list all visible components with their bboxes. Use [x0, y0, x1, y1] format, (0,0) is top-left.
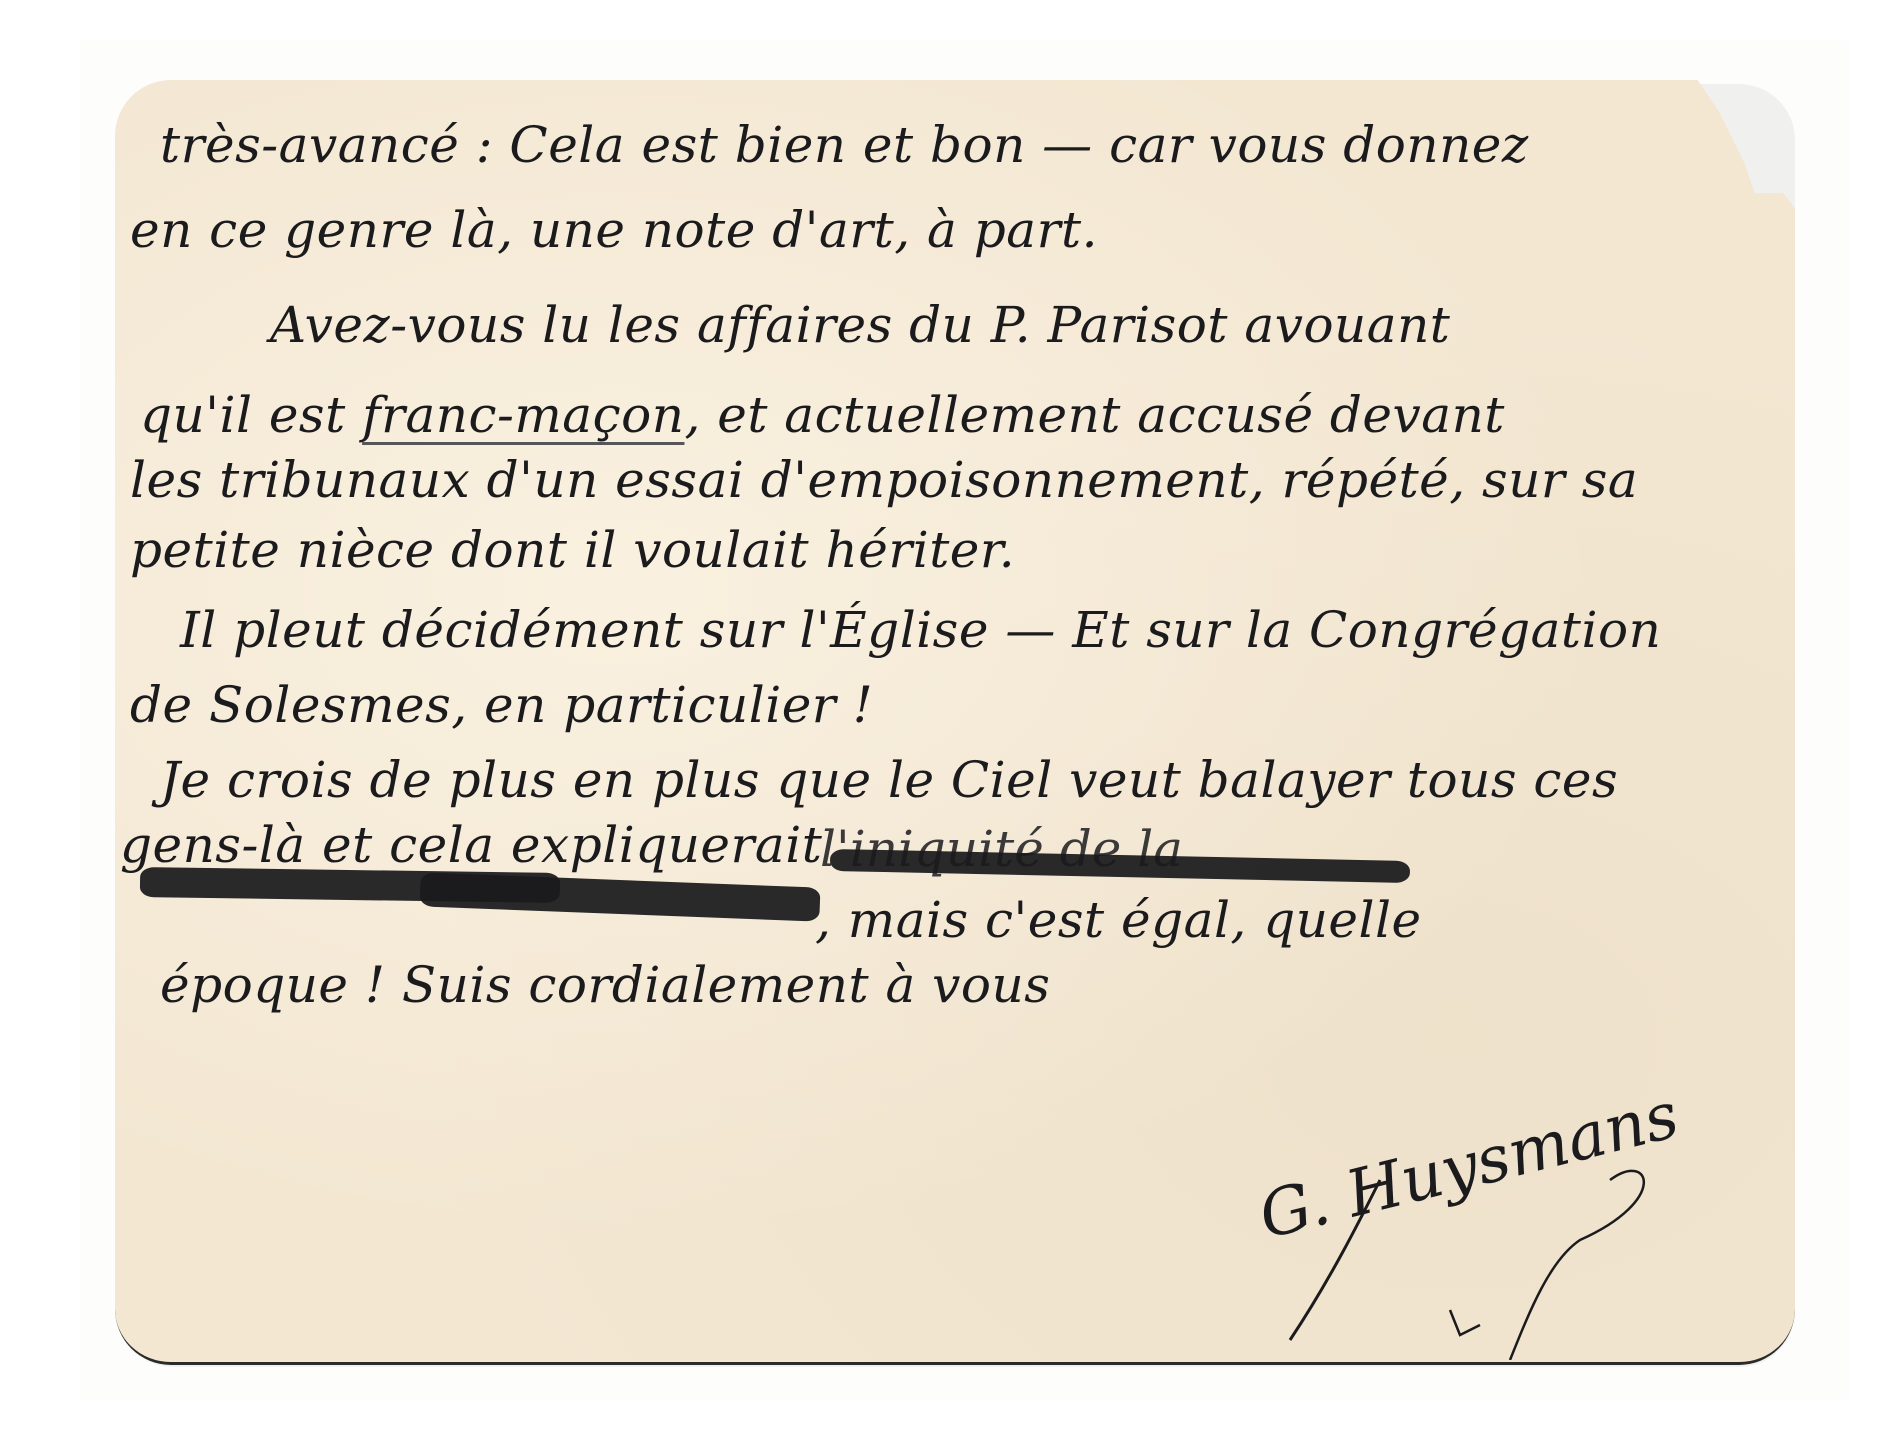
letter-line-11: , mais c'est égal, quelle [815, 895, 1422, 945]
line-text: de Solesmes, en particulier ! [130, 676, 873, 734]
letter-line-6: petite nièce dont il voulait hériter. [130, 525, 1015, 575]
letter-line-1: très-avancé : Cela est bien et bon — car… [160, 120, 1529, 170]
line-text: époque ! Suis cordialement à vous [160, 956, 1050, 1014]
letter-line-9: Je crois de plus en plus que le Ciel veu… [160, 755, 1618, 805]
letter-line-3: Avez-vous lu les affaires du P. Parisot … [270, 300, 1450, 350]
letter-line-10: gens-là et cela expliquerait [120, 820, 822, 870]
line-text: , mais c'est égal, quelle [815, 891, 1422, 949]
line-text: Il pleut décidément sur l'Église — Et su… [180, 601, 1661, 659]
line-text: en ce genre là, une note d'art, à part. [130, 201, 1098, 259]
letter-line-12: époque ! Suis cordialement à vous [160, 960, 1050, 1010]
line-text: Avez-vous lu les affaires du P. Parisot … [270, 296, 1450, 354]
line-text: les tribunaux d'un essai d'empoisonnemen… [130, 451, 1638, 509]
line-text: Je crois de plus en plus que le Ciel veu… [160, 751, 1618, 809]
letter-line-7: Il pleut décidément sur l'Église — Et su… [180, 605, 1661, 655]
line-text: très-avancé : Cela est bien et bon — car… [160, 116, 1529, 174]
line-text-main: Avez-vous lu les affaires du P. Parisot … [270, 296, 1450, 354]
letter-line-4: qu'il est franc-maçon, et actuellement a… [140, 390, 1505, 440]
line-text-pre: qu'il est [140, 386, 362, 444]
letter-line-8: de Solesmes, en particulier ! [130, 680, 873, 730]
line-text-post: , et actuellement accusé devant [684, 386, 1504, 444]
line-text: petite nièce dont il voulait hériter. [130, 521, 1015, 579]
underlined-word-franc-macon: franc-maçon [362, 386, 684, 444]
line-text: gens-là et cela expliquerait [120, 816, 822, 874]
letter-line-5: les tribunaux d'un essai d'empoisonnemen… [130, 455, 1638, 505]
letter-line-2: en ce genre là, une note d'art, à part. [130, 205, 1098, 255]
